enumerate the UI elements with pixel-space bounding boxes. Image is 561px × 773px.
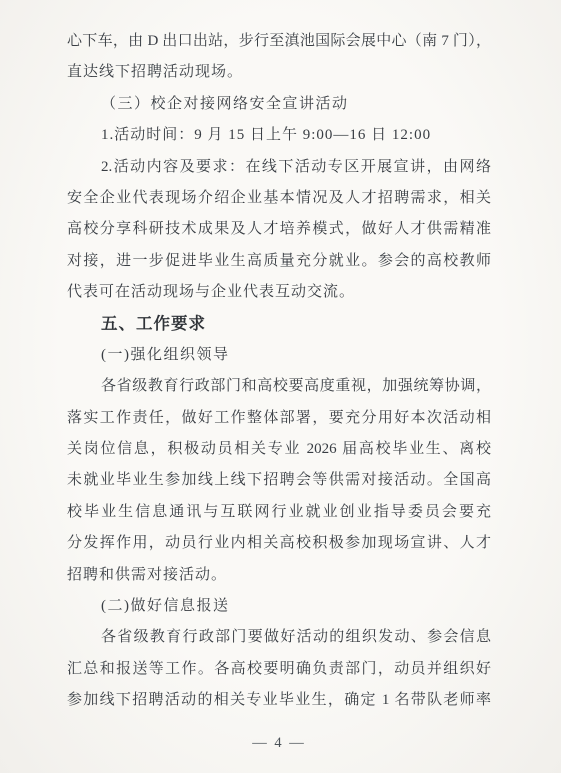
subsection-heading: （三）校企对接网络安全宣讲活动 xyxy=(67,89,491,120)
text-line: 招聘和供需对接活动。 xyxy=(67,560,491,591)
text-line: 心下车，由 D 出口出站，步行至滇池国际会展中心（南 7 门）， xyxy=(67,26,491,57)
text-line: 代表可在活动现场与企业代表互动交流。 xyxy=(67,277,491,308)
text-line: 2.活动内容及要求：在线下活动专区开展宣讲，由网络 xyxy=(67,152,491,183)
text-line: 关岗位信息，积极动员相关专业 2026 届高校毕业生、离校 xyxy=(67,434,491,465)
document-page: 心下车，由 D 出口出站，步行至滇池国际会展中心（南 7 门）， 直达线下招聘活… xyxy=(0,0,561,773)
text-line: 高校分享科研技术成果及人才培养模式，做好人才供需精准 xyxy=(67,214,491,245)
text-line: 各省级教育行政部门要做好活动的组织发动、参会信息 xyxy=(67,622,491,653)
text-line: 各省级教育行政部门和高校要高度重视，加强统筹协调， xyxy=(67,371,491,402)
text-line: 安全企业代表现场介绍企业基本情况及人才招聘需求，相关 xyxy=(67,183,491,214)
text-line: 参加线下招聘活动的相关专业毕业生，确定 1 名带队老师率 xyxy=(67,685,491,716)
section-heading: 五、工作要求 xyxy=(67,309,491,340)
subsection-heading: (二)做好信息报送 xyxy=(67,591,491,622)
text-line: 校毕业生信息通讯与互联网行业就业创业指导委员会要充 xyxy=(67,497,491,528)
text-line: 对接，进一步促进毕业生高质量充分就业。参会的高校教师 xyxy=(67,246,491,277)
text-line: 落实工作责任，做好工作整体部署，要充分用好本次活动相 xyxy=(67,403,491,434)
text-line: 未就业毕业生参加线上线下招聘会等供需对接活动。全国高 xyxy=(67,465,491,496)
page-number: — 4 — xyxy=(67,735,491,752)
text-line: 分发挥作用，动员行业内相关高校积极参加现场宣讲、人才 xyxy=(67,528,491,559)
document-body: 心下车，由 D 出口出站，步行至滇池国际会展中心（南 7 门）， 直达线下招聘活… xyxy=(67,26,491,717)
text-line: 汇总和报送等工作。各高校要明确负责部门，动员并组织好 xyxy=(67,654,491,685)
text-line: 直达线下招聘活动现场。 xyxy=(67,57,491,88)
text-line: 1.活动时间：9 月 15 日上午 9:00—16 日 12:00 xyxy=(67,120,491,151)
subsection-heading: (一)强化组织领导 xyxy=(67,340,491,371)
